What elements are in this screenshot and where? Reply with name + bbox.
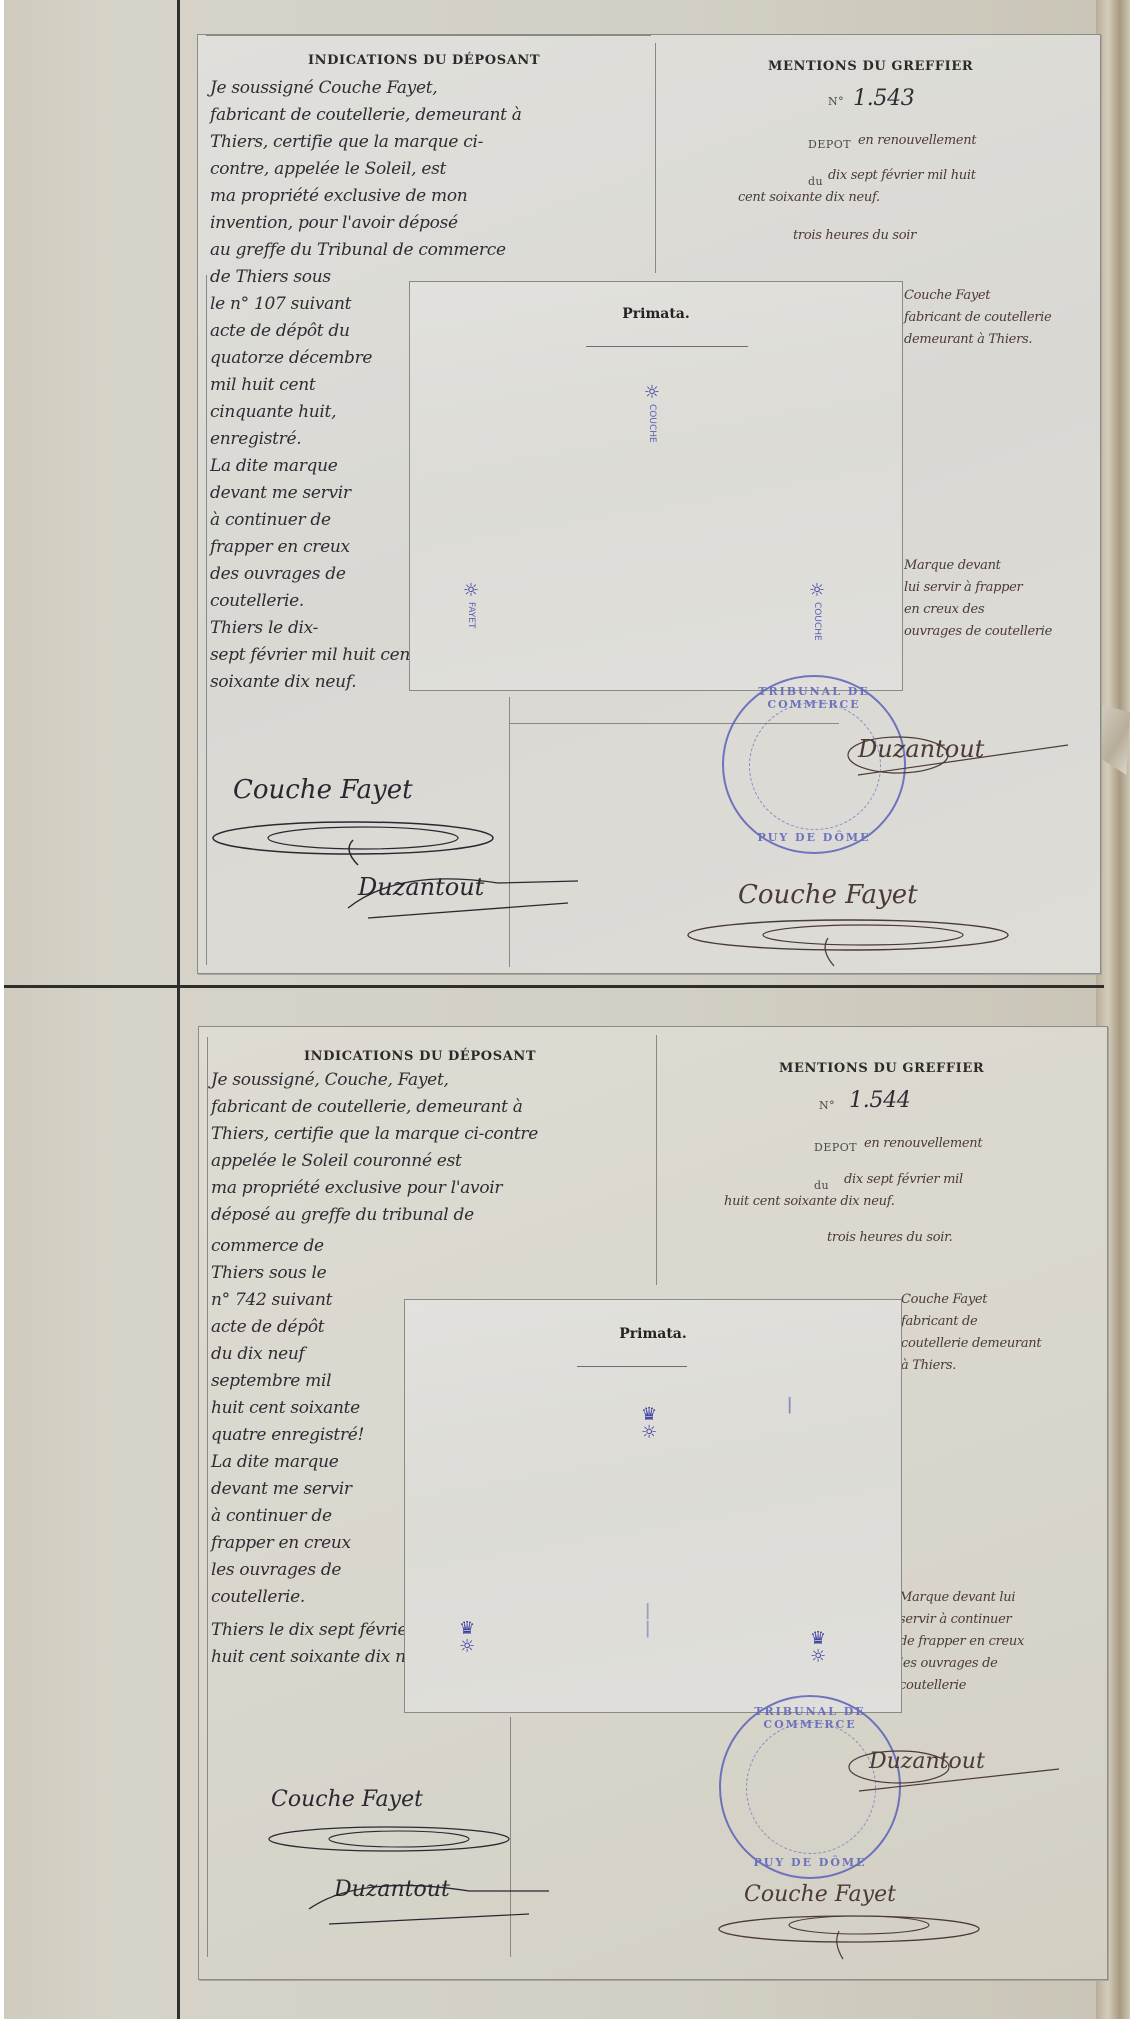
signature-depositant: Couche Fayet [271,1787,423,1812]
seal-text-top: TRIBUNAL DE COMMERCE [721,1705,899,1731]
register-number: 1.543 [853,85,914,112]
seal-text-bottom: PUY DE DÔME [721,1856,899,1869]
seal-text-bottom: PUY DE DÔME [724,831,904,844]
signature-flourish [709,1907,1009,1967]
trademark-specimen-box: Primata. ☼COUCHE ☼FAYET ☼COUCHE [409,281,903,691]
depot-label: DEPOT [808,138,851,151]
deposit-entry-1: INDICATIONS DU DÉPOSANT MENTIONS DU GREF… [197,34,1101,974]
margin-rule-vertical [177,0,180,2019]
greffier-header: MENTIONS DU GREFFIER [779,1061,984,1076]
faint-mark-icon: ǀ [787,1396,792,1414]
trademark-specimen-box: Primata. ♛☼ ǀ ♛☼ ǀǀ ♛☼ [404,1299,902,1713]
column-divider [656,1035,657,1285]
deposit-date: dix sept février mil huit cent soixante … [738,165,976,209]
greffier-note-depositant: Couche Fayet fabricant de coutellerie de… [904,285,1051,351]
primata-underline [586,346,748,347]
number-prefix: N° [819,1099,835,1112]
depositant-declaration-continued: commerce de Thiers sous le n° 742 suivan… [211,1233,411,1611]
crowned-sun-mark-icon: ♛☼ [810,1630,826,1666]
depositant-declaration: Je soussigné Couche Fayet, fabricant de … [210,75,650,264]
depositant-declaration-continued: de Thiers sous le n° 107 suivant acte de… [210,264,410,615]
signature-flourish [839,1739,1079,1799]
signature-depositant-right: Couche Fayet [744,1882,896,1907]
greffier-note-usage: Marque devant lui servir à continuer de … [899,1587,1024,1697]
sun-mark-icon: ☼COUCHE [643,384,661,443]
deposit-date: dix sept février mil huit cent soixante … [724,1169,963,1213]
depot-text: en renouvellement [864,1133,982,1155]
column-divider [655,43,656,273]
greffier-note-depositant: Couche Fayet fabricant de coutellerie de… [901,1289,1041,1377]
deposit-entry-2: INDICATIONS DU DÉPOSANT MENTIONS DU GREF… [198,1026,1108,1980]
signature-flourish [259,1817,529,1867]
primata-underline [577,1366,687,1367]
crowned-sun-mark-icon: ♛☼ [641,1406,657,1442]
seal-text-top: TRIBUNAL DE COMMERCE [724,685,904,711]
greffier-note-usage: Marque devant lui servir à frapper en cr… [904,555,1052,643]
entry-separator-rule [4,985,1104,988]
depot-text: en renouvellement [858,130,976,152]
left-border [207,1037,208,1957]
greffier-header: MENTIONS DU GREFFIER [768,59,973,74]
signature-flourish [203,810,503,870]
faint-mark-icon: ǀǀ [645,1602,650,1638]
signature-flourish [838,725,1078,785]
signature-flourish [338,863,588,923]
column-divider-lower [509,697,510,967]
primata-label: Primata. [405,1326,901,1342]
signature-depositant-right: Couche Fayet [738,880,918,910]
number-prefix: N° [828,95,844,108]
depositant-header: INDICATIONS DU DÉPOSANT [308,53,540,68]
primata-label: Primata. [410,306,902,322]
signature-flourish [678,910,1018,970]
depot-label: DEPOT [814,1141,857,1154]
depositant-header: INDICATIONS DU DÉPOSANT [304,1049,536,1064]
sun-mark-icon: ☼FAYET [462,582,480,629]
crowned-sun-mark-icon: ♛☼ [459,1620,475,1656]
header-rule [206,35,651,36]
signature-flourish [299,1869,559,1929]
deposit-time: trois heures du soir [793,225,916,247]
signature-depositant: Couche Fayet [233,775,413,805]
deposit-time: trois heures du soir. [827,1227,952,1249]
depositant-declaration: Je soussigné, Couche, Fayet, fabricant d… [211,1067,651,1229]
sun-mark-icon: ☼COUCHE [808,582,826,641]
register-number: 1.544 [849,1087,910,1114]
